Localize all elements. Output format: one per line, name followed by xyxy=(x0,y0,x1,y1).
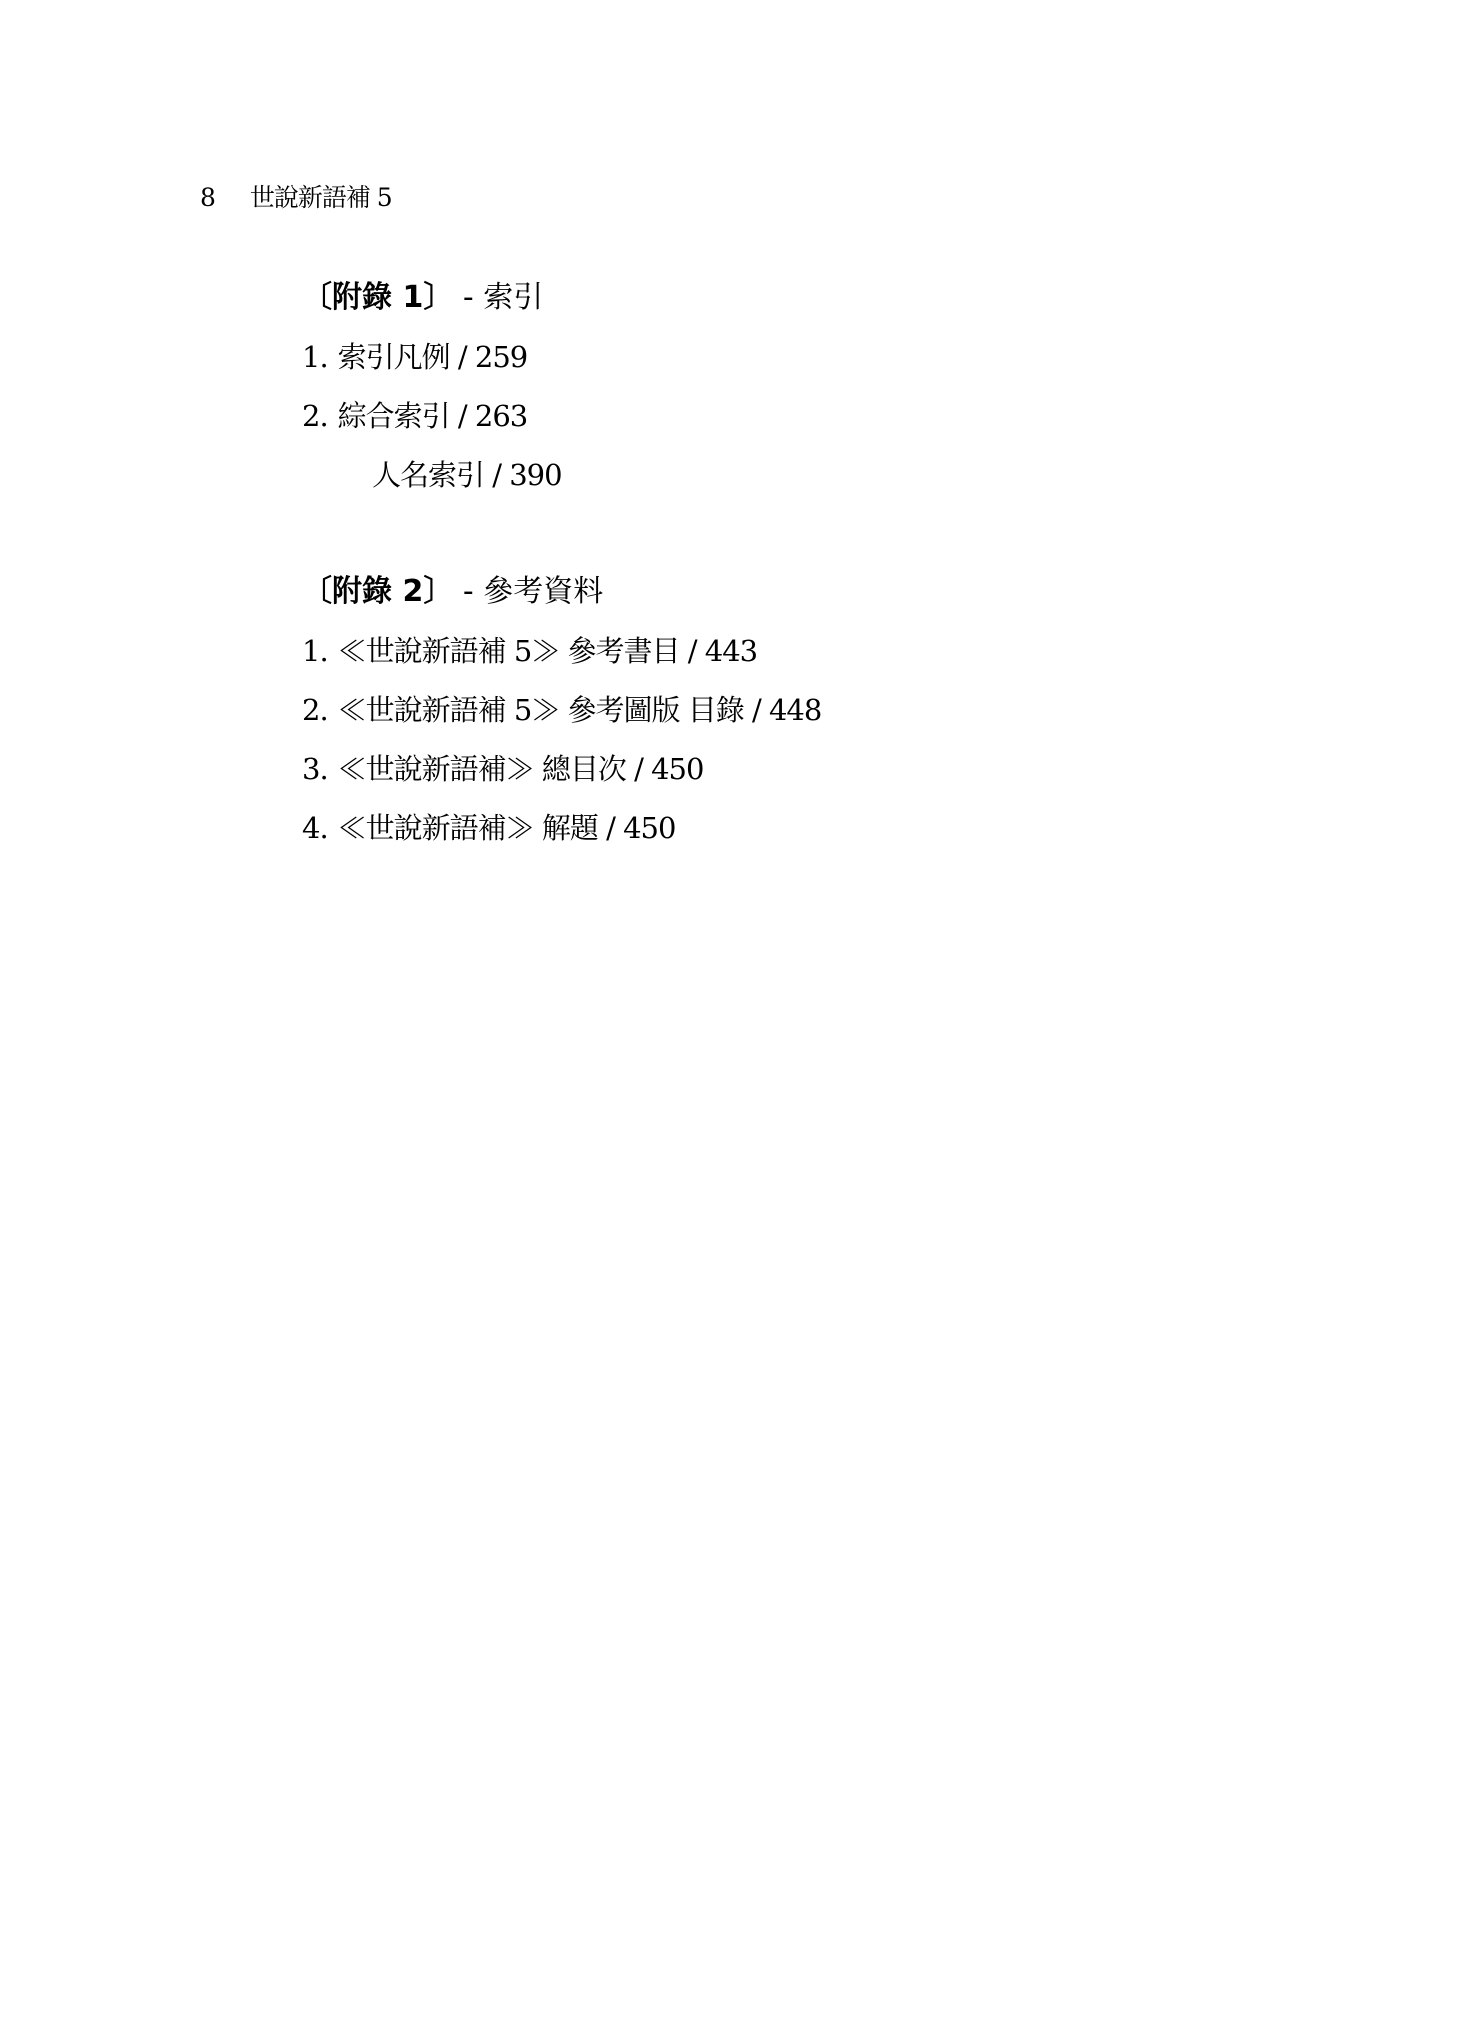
toc-item[interactable]: 3.≪世說新語補≫ 總目次 / 450 xyxy=(302,740,821,799)
page-number: 8 xyxy=(200,183,215,212)
appendix-label: 〔附錄 2〕 xyxy=(302,574,453,609)
item-number: 1. xyxy=(302,340,328,374)
item-text: 索引凡例 / 259 xyxy=(338,340,528,374)
appendix-label: 〔附錄 1〕 xyxy=(302,280,453,315)
toc-item[interactable]: 人名索引 / 390 xyxy=(302,446,562,505)
appendix-title: - 參考資料 xyxy=(463,574,603,609)
appendix-1-section: 〔附錄 1〕 - 索引 1.索引凡例 / 259 2.綜合索引 / 263 人名… xyxy=(302,268,562,505)
item-number: 1. xyxy=(302,634,328,668)
item-text: ≪世說新語補 5≫ 參考書目 / 443 xyxy=(338,634,757,668)
item-number: 3. xyxy=(302,752,328,786)
toc-item[interactable]: 1.索引凡例 / 259 xyxy=(302,328,562,387)
toc-item[interactable]: 1.≪世說新語補 5≫ 參考書目 / 443 xyxy=(302,622,821,681)
appendix-1-heading: 〔附錄 1〕 - 索引 xyxy=(302,268,562,328)
toc-item[interactable]: 2.綜合索引 / 263 xyxy=(302,387,562,446)
item-text: ≪世說新語補≫ 總目次 / 450 xyxy=(338,752,704,786)
item-text: ≪世說新語補 5≫ 參考圖版 目錄 / 448 xyxy=(338,693,822,727)
item-number: 4. xyxy=(302,811,328,845)
appendix-2-section: 〔附錄 2〕 - 參考資料 1.≪世說新語補 5≫ 參考書目 / 443 2.≪… xyxy=(302,562,821,858)
appendix-title: - 索引 xyxy=(463,280,543,315)
book-title: 世說新語補 5 xyxy=(250,183,392,212)
item-text: ≪世說新語補≫ 解題 / 450 xyxy=(338,811,676,845)
running-head: 8 世說新語補 5 xyxy=(200,178,392,214)
toc-item[interactable]: 2.≪世說新語補 5≫ 參考圖版 目錄 / 448 xyxy=(302,681,821,740)
item-number: 2. xyxy=(302,399,328,433)
item-text: 綜合索引 / 263 xyxy=(338,399,528,433)
appendix-2-heading: 〔附錄 2〕 - 參考資料 xyxy=(302,562,821,622)
toc-item[interactable]: 4.≪世說新語補≫ 解題 / 450 xyxy=(302,799,821,858)
item-text: 人名索引 / 390 xyxy=(372,458,562,492)
item-number: 2. xyxy=(302,693,328,727)
